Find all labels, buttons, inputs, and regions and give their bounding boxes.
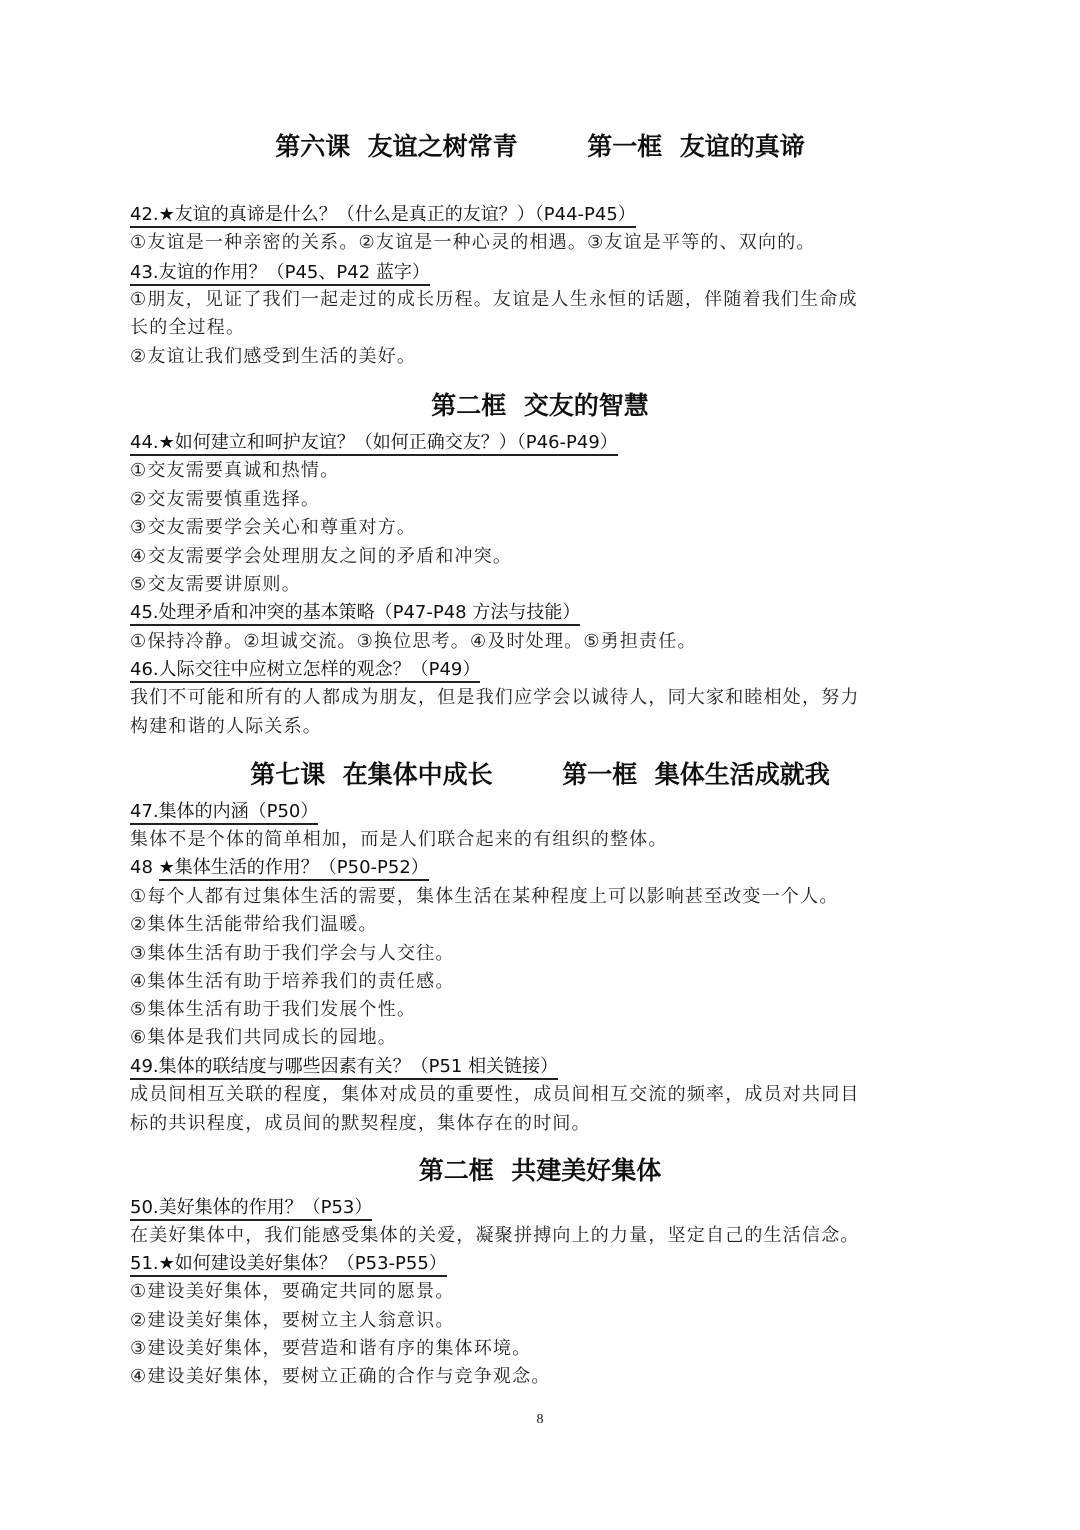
answer-line: ④建设美好集体，要树立正确的合作与竞争观念。 <box>130 1363 960 1391</box>
question-48-title: ★集体生活的作用？（P50-P52） <box>159 857 429 881</box>
answer-line: 标的共识程度，成员间的默契程度，集体存在的时间。 <box>130 1110 960 1138</box>
answer-line: 构建和谐的人际关系。 <box>130 713 960 741</box>
question-49-title: 49.集体的联结度与哪些因素有关？（P51 相关链接） <box>130 1056 558 1080</box>
question-43: 43.友谊的作用？（P45、P42 蓝字） <box>130 261 430 285</box>
answer-line: ③建设美好集体，要营造和谐有序的集体环境。 <box>130 1335 960 1363</box>
answer-line: ②集体生活能带给我们温暖。 <box>130 911 960 939</box>
answer-line: ②建设美好集体，要树立主人翁意识。 <box>130 1307 960 1335</box>
question-46-title: 46.人际交往中应树立怎样的观念？（P49） <box>130 659 480 683</box>
answer-line: ④集体生活有助于培养我们的责任感。 <box>130 968 960 996</box>
lesson7-frame2-heading: 第二框 共建美好集体 <box>0 1151 1080 1187</box>
question-51: 51.★如何建设美好集体？（P53-P55） <box>130 1252 447 1276</box>
answer-line: ③交友需要学会关心和尊重对方。 <box>130 514 960 542</box>
answer-line: 集体不是个体的简单相加，而是人们联合起来的有组织的整体。 <box>130 826 960 854</box>
answer-line: ①朋友，见证了我们一起走过的成长历程。友谊是人生永恒的话题，伴随着我们生命成 <box>130 286 960 314</box>
answer-line: ⑤交友需要讲原则。 <box>130 571 960 599</box>
question-45-title: 45.处理矛盾和冲突的基本策略（P47-P48 方法与技能） <box>130 602 580 626</box>
question-47: 47.集体的内涵（P50） <box>130 800 318 824</box>
answer-line: ③集体生活有助于我们学会与人交往。 <box>130 940 960 968</box>
question-51-title: 51.★如何建设美好集体？（P53-P55） <box>130 1253 447 1277</box>
question-43-title: 43.友谊的作用？（P45、P42 蓝字） <box>130 262 430 286</box>
answer-line: ①保持冷静。②坦诚交流。③换位思考。④及时处理。⑤勇担责任。 <box>130 628 960 656</box>
answer-line: ①交友需要真诚和热情。 <box>130 457 960 485</box>
answer-line: 在美好集体中，我们能感受集体的关爱，凝聚拼搏向上的力量，坚定自己的生活信念。 <box>130 1222 960 1250</box>
question-42-title: 42.★友谊的真谛是什么？（什么是真正的友谊？）（P44-P45） <box>130 204 636 228</box>
page-number: 8 <box>0 1412 1080 1428</box>
lesson6-frame2-heading: 第二框 交友的智慧 <box>0 386 1080 422</box>
answer-line: ①友谊是一种亲密的关系。②友谊是一种心灵的相遇。③友谊是平等的、双向的。 <box>130 229 960 257</box>
lesson7-heading: 第七课 在集体中成长 第一框 集体生活成就我 <box>0 755 1080 791</box>
answer-line: ②友谊让我们感受到生活的美好。 <box>130 343 960 371</box>
question-48: 48 ★集体生活的作用？（P50-P52） <box>130 856 429 880</box>
document-page: 第六课 友谊之树常青 第一框 友谊的真谛 42.★友谊的真谛是什么？（什么是真正… <box>0 0 1080 1530</box>
question-45: 45.处理矛盾和冲突的基本策略（P47-P48 方法与技能） <box>130 601 580 625</box>
answer-line: 长的全过程。 <box>130 314 960 342</box>
question-47-title: 47.集体的内涵（P50） <box>130 801 318 825</box>
question-48-number: 48 <box>130 857 159 878</box>
answer-line: 成员间相互关联的程度，集体对成员的重要性，成员间相互交流的频率，成员对共同目 <box>130 1081 960 1109</box>
question-50-title: 50.美好集体的作用？（P53） <box>130 1197 372 1221</box>
answer-line: ④交友需要学会处理朋友之间的矛盾和冲突。 <box>130 543 960 571</box>
answer-line: ②交友需要慎重选择。 <box>130 486 960 514</box>
lesson6-heading: 第六课 友谊之树常青 第一框 友谊的真谛 <box>0 127 1080 163</box>
question-46: 46.人际交往中应树立怎样的观念？（P49） <box>130 658 480 682</box>
answer-line: 我们不可能和所有的人都成为朋友，但是我们应学会以诚待人，同大家和睦相处，努力 <box>130 684 960 712</box>
answer-line: ①每个人都有过集体生活的需要，集体生活在某种程度上可以影响甚至改变一个人。 <box>130 883 960 911</box>
answer-line: ⑤集体生活有助于我们发展个性。 <box>130 996 960 1024</box>
question-49: 49.集体的联结度与哪些因素有关？（P51 相关链接） <box>130 1055 558 1079</box>
question-50: 50.美好集体的作用？（P53） <box>130 1196 372 1220</box>
answer-line: ①建设美好集体，要确定共同的愿景。 <box>130 1278 960 1306</box>
question-44: 44.★如何建立和呵护友谊？（如何正确交友？）（P46-P49） <box>130 431 618 455</box>
question-44-title: 44.★如何建立和呵护友谊？（如何正确交友？）（P46-P49） <box>130 432 618 456</box>
answer-line: ⑥集体是我们共同成长的园地。 <box>130 1024 960 1052</box>
question-42: 42.★友谊的真谛是什么？（什么是真正的友谊？）（P44-P45） <box>130 203 636 227</box>
